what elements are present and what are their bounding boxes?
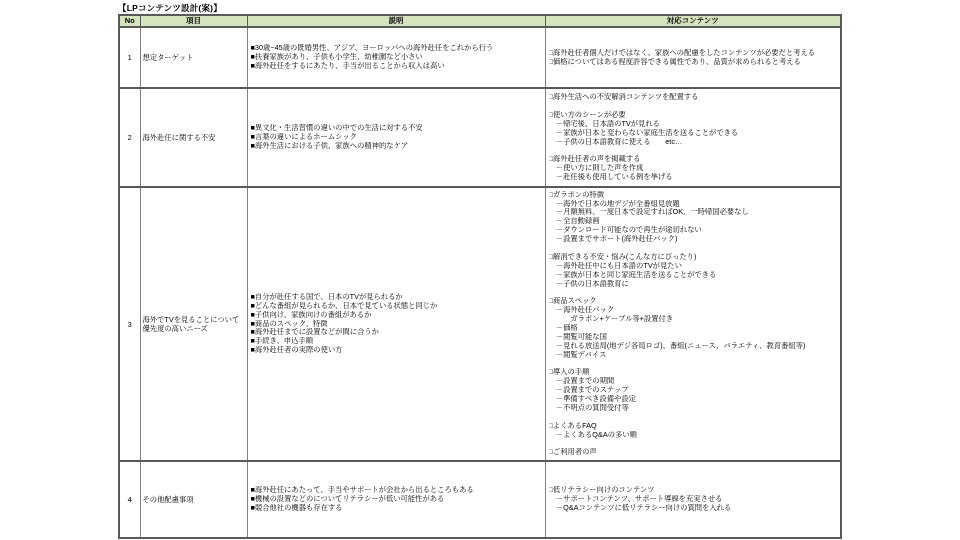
table-row: 3海外でTVを見ることについて優先度の高いニーズ■自分が赴任する国で、日本のTV… bbox=[119, 187, 841, 461]
item-label: 海外赴任に関する不安 bbox=[143, 133, 245, 142]
text-line: □海外生活への不安解消コンテンツを配置する bbox=[549, 93, 838, 102]
column-header-1: 項目 bbox=[140, 15, 247, 27]
text-line: □商品スペック bbox=[549, 297, 838, 306]
text-line: ■海外赴任にあたって、手当やサポートが会社から出るところもある bbox=[251, 486, 542, 495]
text-line: ■30歳~45歳の既婚男性、アジア、ヨーロッパへの海外赴任をこれから行う bbox=[251, 44, 542, 53]
cell-item: 海外でTVを見ることについて優先度の高いニーズ bbox=[140, 187, 247, 461]
cell-item: 想定ターゲット bbox=[140, 27, 247, 88]
text-line: －海外赴任パック bbox=[549, 306, 838, 315]
text-line: －準備すべき設備や設定 bbox=[549, 395, 838, 404]
text-line: －よくあるQ&Aの多い順 bbox=[549, 431, 838, 440]
column-header-2: 説明 bbox=[247, 15, 545, 27]
column-header-3: 対応コンテンツ bbox=[545, 15, 841, 27]
document-page: 【LPコンテンツ設計(案)】 No項目説明対応コンテンツ 1想定ターゲット■30… bbox=[118, 2, 848, 539]
table-row: 1想定ターゲット■30歳~45歳の既婚男性、アジア、ヨーロッパへの海外赴任をこれ… bbox=[119, 27, 841, 88]
text-line: －海外赴任中にも日本語のTVが見たい bbox=[549, 262, 838, 271]
text-line: －設置までサポート(海外赴任パック) bbox=[549, 235, 838, 244]
column-header-0: No bbox=[119, 15, 140, 27]
text-line: ■商品のスペック、特徴 bbox=[251, 320, 542, 329]
text-line: ■自分が赴任する国で、日本のTVが見られるか bbox=[251, 293, 542, 302]
text-line bbox=[549, 440, 838, 449]
cell-no: 1 bbox=[119, 27, 140, 88]
cell-item: その他配慮事項 bbox=[140, 461, 247, 538]
cell-description: ■海外赴任にあたって、手当やサポートが会社から出るところもある■機械の設置などの… bbox=[247, 461, 545, 538]
text-line bbox=[549, 146, 838, 155]
cell-no: 3 bbox=[119, 187, 140, 461]
page-title: 【LPコンテンツ設計(案)】 bbox=[118, 2, 848, 14]
text-line: －ダウンロード可能なので再生が途切れない bbox=[549, 226, 838, 235]
text-line: －不明点の質問受付等 bbox=[549, 404, 838, 413]
text-line: ■子供向け、家族向けの番組があるか bbox=[251, 311, 542, 320]
text-line: －赴任後も使用している例を挙げる bbox=[549, 173, 838, 182]
table-row: 2海外赴任に関する不安■異文化・生活習慣の違いの中での生活に対する不安■言葉の違… bbox=[119, 88, 841, 187]
cell-no: 2 bbox=[119, 88, 140, 187]
text-line: －設置までのステップ bbox=[549, 386, 838, 395]
cell-description: ■30歳~45歳の既婚男性、アジア、ヨーロッパへの海外赴任をこれから行う■扶養家… bbox=[247, 27, 545, 88]
text-line: □導入の手順 bbox=[549, 368, 838, 377]
cell-item: 海外赴任に関する不安 bbox=[140, 88, 247, 187]
text-line: －全自動録画 bbox=[549, 217, 838, 226]
text-line: ■言葉の違いによるホームシック bbox=[251, 133, 542, 142]
text-line: －家族が日本と同じ家庭生活を送ることができる bbox=[549, 271, 838, 280]
text-line bbox=[549, 413, 838, 422]
text-line: －子供の日本語教育に使える etc… bbox=[549, 138, 838, 147]
text-line: －Q&Aコンテンツに低リテラシー向けの質問を入れる bbox=[549, 504, 838, 513]
table-body: 1想定ターゲット■30歳~45歳の既婚男性、アジア、ヨーロッパへの海外赴任をこれ… bbox=[119, 27, 841, 538]
lp-content-design-table: No項目説明対応コンテンツ 1想定ターゲット■30歳~45歳の既婚男性、アジア、… bbox=[118, 14, 842, 539]
text-line: □海外赴任者の声を掲載する bbox=[549, 155, 838, 164]
cell-no: 4 bbox=[119, 461, 140, 538]
text-line: □低リテラシー向けのコンテンツ bbox=[549, 486, 838, 495]
cell-description: ■異文化・生活習慣の違いの中での生活に対する不安■言葉の違いによるホームシック■… bbox=[247, 88, 545, 187]
text-line: □海外赴任者個人だけではなく、家族への配慮をしたコンテンツが必要だと考える bbox=[549, 49, 838, 58]
text-line: ■海外赴任者の実際の使い方 bbox=[251, 346, 542, 355]
text-line: □ガラポンの特徴 bbox=[549, 191, 838, 200]
text-line: －子供の日本語教育に bbox=[549, 280, 838, 289]
text-line: －海外で日本の地デジが全番組見放題 bbox=[549, 200, 838, 209]
item-label: 想定ターゲット bbox=[143, 53, 245, 62]
text-line bbox=[549, 244, 838, 253]
text-line: －サポートコンテンツ、サポート導線を充実させる bbox=[549, 495, 838, 504]
text-line bbox=[549, 360, 838, 369]
text-line: ■機械の設置などのについてリテラシーが低い可能性がある bbox=[251, 495, 542, 504]
text-line: ■海外赴任までに設置などが間に合うか bbox=[251, 328, 542, 337]
cell-description: ■自分が赴任する国で、日本のTVが見られるか■どんな番組が見られるか、日本で見て… bbox=[247, 187, 545, 461]
text-line: ■どんな番組が見られるか、日本で見ている状態と同じか bbox=[251, 302, 542, 311]
text-line: －月額無料、一度日本で設定すればOK、一時帰国必要なし bbox=[549, 208, 838, 217]
text-line: ■海外赴任をするにあたり、手当が出ることから収入は高い bbox=[251, 62, 542, 71]
text-line: □ご利用者の声 bbox=[549, 448, 838, 457]
text-line: ■海外生活における子供、家族への精神的なケア bbox=[251, 142, 542, 151]
table-row: 4その他配慮事項■海外赴任にあたって、手当やサポートが会社から出るところもある■… bbox=[119, 461, 841, 538]
text-line: －閲覧可能な国 bbox=[549, 333, 838, 342]
cell-content: □海外生活への不安解消コンテンツを配置する □使い方のシーンが必要 －帰宅後、日… bbox=[545, 88, 841, 187]
text-line: □よくあるFAQ bbox=[549, 422, 838, 431]
text-line: ■手続き、申込手順 bbox=[251, 337, 542, 346]
cell-content: □海外赴任者個人だけではなく、家族への配慮をしたコンテンツが必要だと考える□価格… bbox=[545, 27, 841, 88]
text-line: －帰宅後、日本語のTVが見れる bbox=[549, 120, 838, 129]
text-line: －設置までの期間 bbox=[549, 377, 838, 386]
cell-content: □低リテラシー向けのコンテンツ －サポートコンテンツ、サポート導線を充実させる … bbox=[545, 461, 841, 538]
text-line: ■異文化・生活習慣の違いの中での生活に対する不安 bbox=[251, 124, 542, 133]
text-line bbox=[549, 288, 838, 297]
table-header-row: No項目説明対応コンテンツ bbox=[119, 15, 841, 27]
cell-content: □ガラポンの特徴 －海外で日本の地デジが全番組見放題 －月額無料、一度日本で設定… bbox=[545, 187, 841, 461]
text-line bbox=[549, 102, 838, 111]
text-line: ■競合他社の機器も存在する bbox=[251, 504, 542, 513]
text-line: □解消できる不安・悩み(こんな方にぴったり) bbox=[549, 253, 838, 262]
text-line: □価格についてはある程度許容できる属性であり、品質が求められると考える bbox=[549, 58, 838, 67]
text-line: ガラポン+ケーブル等+設置付き bbox=[549, 315, 838, 324]
text-line: －家族が日本と変わらない家庭生活を送ることができる bbox=[549, 129, 838, 138]
text-line: －価格 bbox=[549, 324, 838, 333]
item-label: その他配慮事項 bbox=[143, 495, 245, 504]
text-line: □使い方のシーンが必要 bbox=[549, 111, 838, 120]
text-line: －使い方に則した声を作成 bbox=[549, 164, 838, 173]
text-line: ■扶養家族があり、子供も小学生、幼稚園など小さい bbox=[251, 53, 542, 62]
text-line: －閲覧デバイス bbox=[549, 351, 838, 360]
text-line: －見れる放送局(地デジ各局ロゴ)、番組(ニュース、バラエティ、教育番組等) bbox=[549, 342, 838, 351]
item-label: 海外でTVを見ることについて優先度の高いニーズ bbox=[143, 315, 245, 334]
